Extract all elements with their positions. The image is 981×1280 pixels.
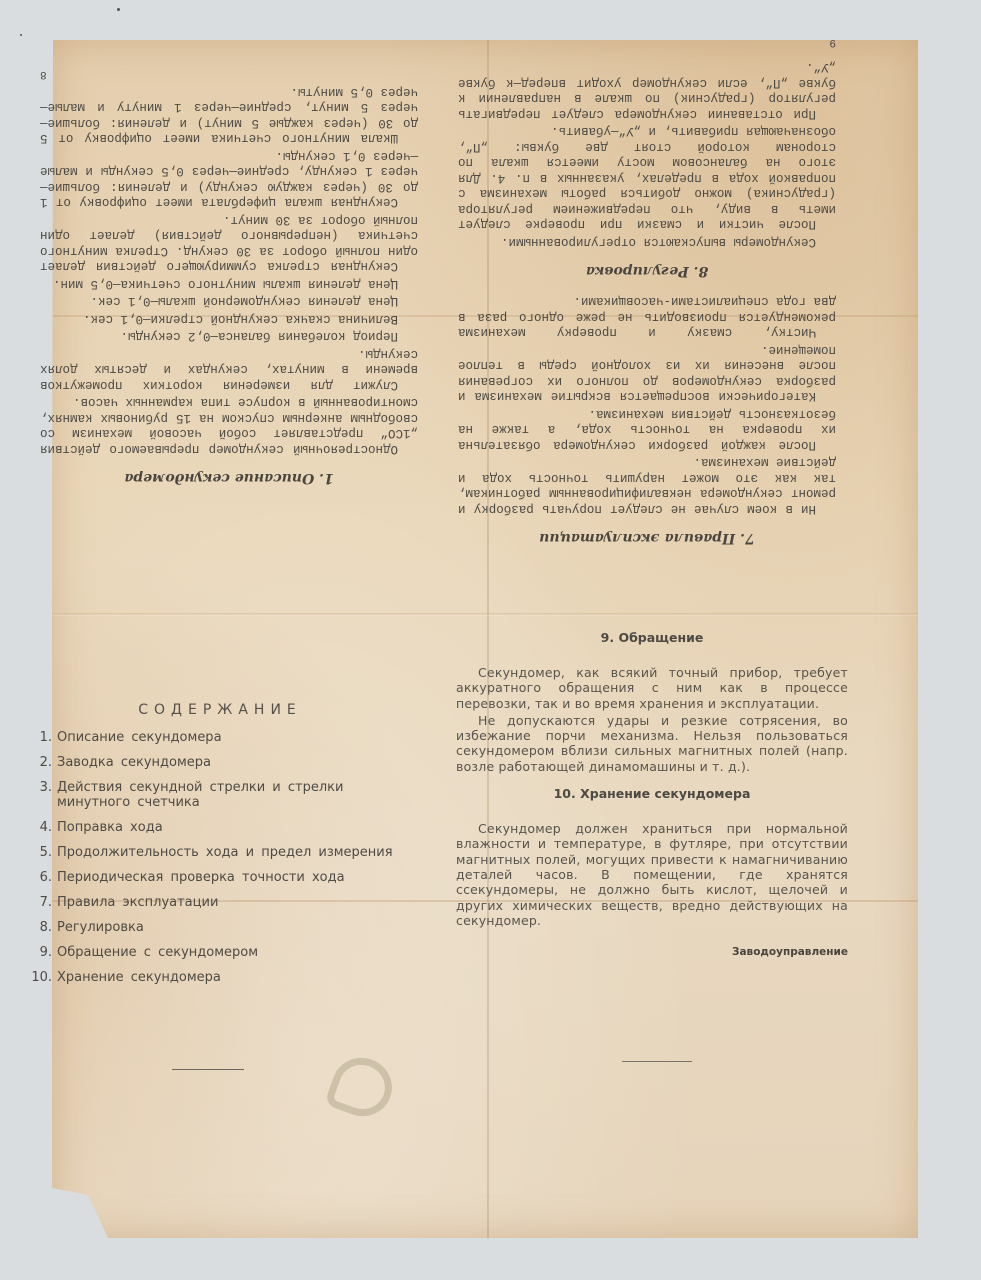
page-number: 8	[40, 66, 418, 82]
toc-item: 7.Правила эксплуатации	[30, 895, 410, 910]
section-7-paragraph: Ни в коем случае не следует поручать раз…	[458, 454, 836, 516]
toc-item-number: 2.	[30, 755, 52, 770]
section-1-paragraph: Одностреяочный секундомер прерываемого д…	[40, 394, 418, 456]
section-7-paragraph: После каждой разборки секундомера обязат…	[458, 406, 836, 453]
toc-item-number: 10.	[30, 970, 52, 985]
hand-description-paragraph: Секундная шкала циферблата имеет оцифров…	[40, 148, 418, 210]
upside-down-page-right: 7. Правила эксплуатации Ни в коем случае…	[458, 40, 836, 560]
toc-item-label: Действия секундной стрелки и стрелки мин…	[57, 780, 410, 810]
section-10-paragraph: Секундомер должен храниться при нормальн…	[456, 821, 848, 928]
page-number: 9	[458, 34, 836, 50]
section-9-paragraph: Не допускаются удары и резкие сотрясения…	[456, 713, 848, 774]
signature: Заводоуправление	[456, 946, 848, 958]
dust-speck	[20, 34, 22, 36]
toc-item-label: Обращение с секундомером	[57, 945, 410, 960]
toc-item-label: Продолжительность хода и предел измерени…	[57, 845, 410, 860]
toc-divider	[172, 1069, 244, 1070]
section-1-paragraph: Цена деления секундомерной шкалы—0,1 сек…	[40, 293, 418, 309]
hand-description-paragraph: Шкала минутного счетчика имеет оцифровку…	[40, 84, 418, 146]
section-1-paragraph: Служит для измерения коротких промежутко…	[40, 346, 418, 393]
section-1-paragraph: Цена деления шкалы минутного счетчика—0,…	[40, 276, 418, 292]
section-8-heading: 8. Регулировка	[458, 263, 836, 279]
section-7-heading: 7. Правила эксплуатации	[458, 530, 836, 546]
section-1-paragraph: Период колебания баланса—0,2 секунды.	[40, 328, 418, 344]
section-1-heading: 1. Описание секундомера	[40, 470, 418, 486]
toc-item: 1.Описание секундомера	[30, 730, 410, 745]
toc-item-number: 6.	[30, 870, 52, 885]
right-column: 9. Обращение Секундомер, как всякий точн…	[456, 630, 848, 958]
section-1-paragraph: Величина скачка секундной стрелки—0,1 се…	[40, 311, 418, 327]
table-of-contents: СОДЕРЖАНИЕ 1.Описание секундомера2.Завод…	[30, 702, 410, 995]
toc-item-label: Описание секундомера	[57, 730, 410, 745]
toc-item: 5.Продолжительность хода и предел измере…	[30, 845, 410, 860]
toc-item: 2.Заводка секундомера	[30, 755, 410, 770]
toc-item-number: 8.	[30, 920, 52, 935]
toc-item-label: Хранение секундомера	[57, 970, 410, 985]
toc-title: СОДЕРЖАНИЕ	[30, 702, 410, 718]
section-9-paragraph: Секундомер, как всякий точный прибор, тр…	[456, 665, 848, 711]
toc-item-number: 1.	[30, 730, 52, 745]
toc-list: 1.Описание секундомера2.Заводка секундом…	[30, 730, 410, 985]
horizontal-fold-line-middle	[52, 613, 918, 616]
section-8-paragraph: Секундомеры выпускаются отрегулированным…	[458, 234, 836, 250]
hand-description-paragraph: Секундная стрелка суммирующего действия …	[40, 212, 418, 274]
toc-item-label: Регулировка	[57, 920, 410, 935]
toc-item-label: Заводка секундомера	[57, 755, 410, 770]
toc-item-number: 4.	[30, 820, 52, 835]
toc-item-number: 3.	[30, 780, 52, 810]
toc-item-label: Правила эксплуатации	[57, 895, 410, 910]
section-9-heading: 9. Обращение	[456, 630, 848, 645]
toc-item: 10.Хранение секундомера	[30, 970, 410, 985]
toc-item-number: 9.	[30, 945, 52, 960]
toc-item-number: 7.	[30, 895, 52, 910]
section-7-paragraph: Категорически воспрещается вскрытие меха…	[458, 342, 836, 404]
water-stain	[324, 1049, 400, 1124]
toc-item-number: 5.	[30, 845, 52, 860]
toc-item: 3.Действия секундной стрелки и стрелки м…	[30, 780, 410, 810]
section-7-paragraph: Чистку, смазку и проверку механизма реко…	[458, 293, 836, 340]
toc-item: 9.Обращение с секундомером	[30, 945, 410, 960]
right-column-divider	[622, 1061, 692, 1062]
section-8-paragraph: После чистки и смазки при проверке следу…	[458, 123, 836, 232]
section-8-paragraph: При отставании секундомера следует перед…	[458, 59, 836, 121]
toc-item: 8.Регулировка	[30, 920, 410, 935]
toc-item: 4.Поправка хода	[30, 820, 410, 835]
dust-speck	[117, 8, 120, 11]
toc-item-label: Поправка хода	[57, 820, 410, 835]
upside-down-page-left: 1. Описание секундомера Одностреяочный с…	[40, 40, 418, 500]
toc-item: 6.Периодическая проверка точности хода	[30, 870, 410, 885]
section-10-heading: 10. Хранение секундомера	[456, 786, 848, 801]
toc-item-label: Периодическая проверка точности хода	[57, 870, 410, 885]
